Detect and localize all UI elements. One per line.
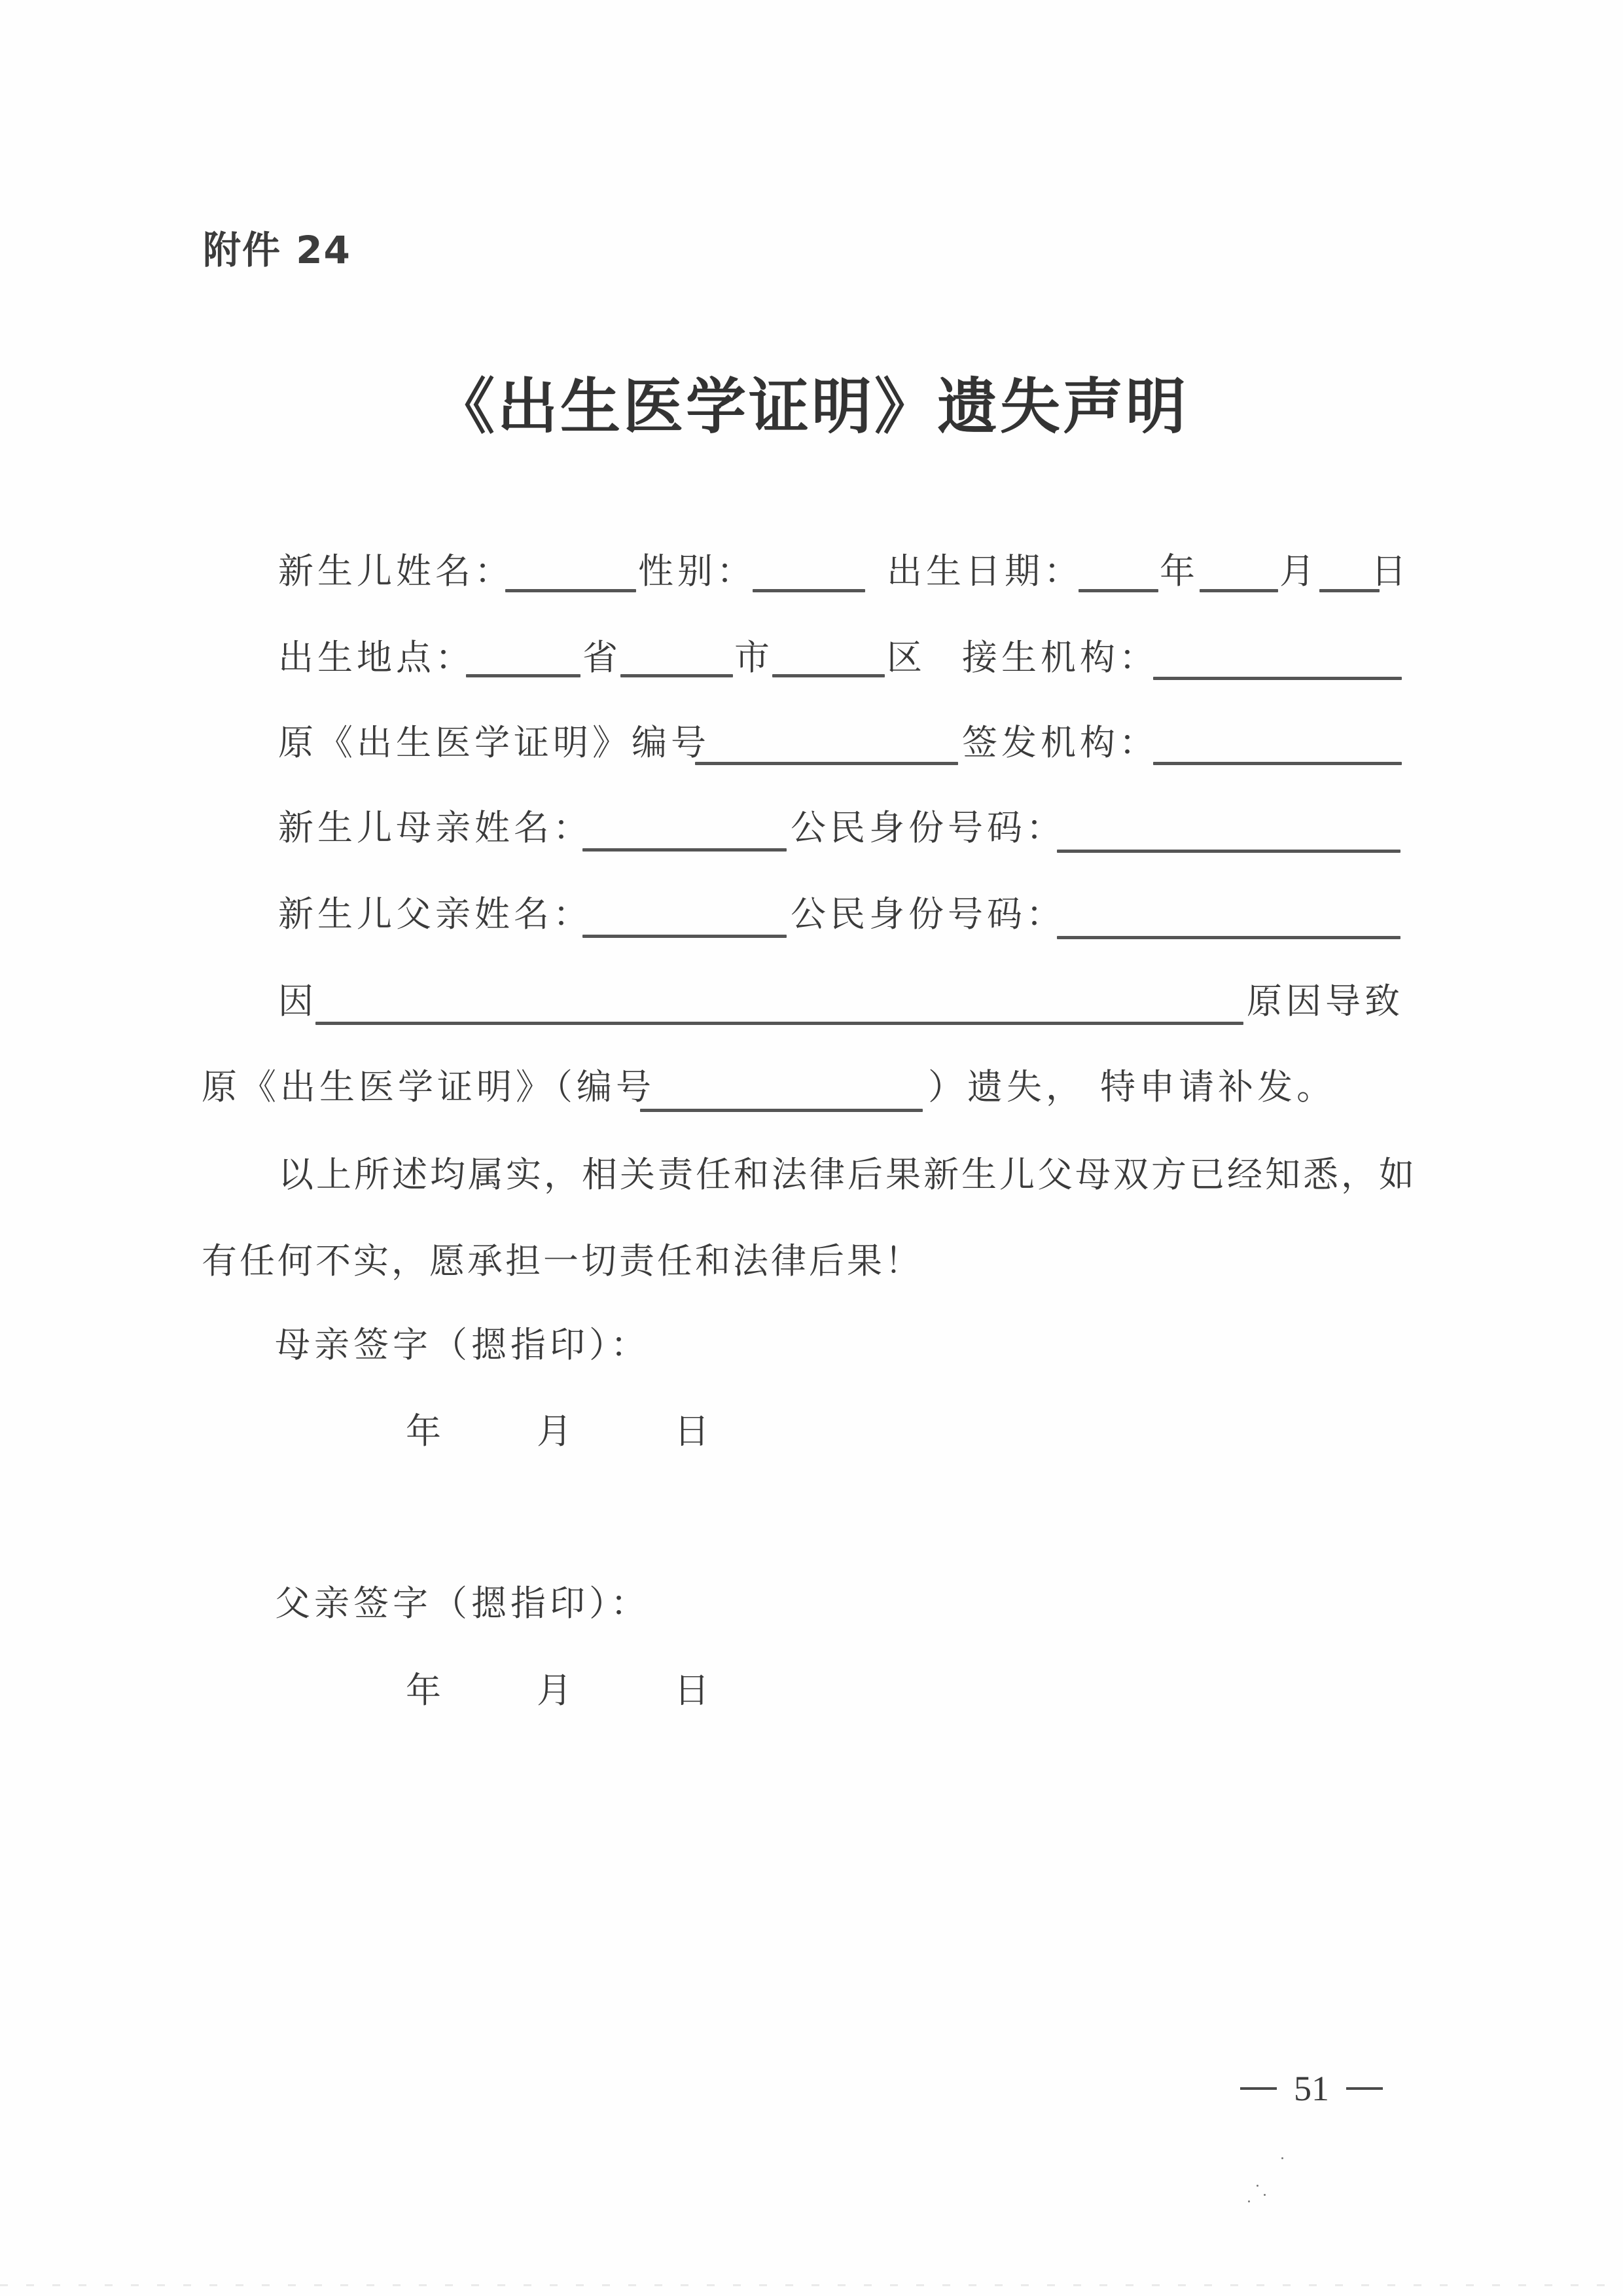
issuing-institution-field[interactable] <box>1153 762 1402 765</box>
father-id-label: 公民身份号码： <box>791 891 1065 937</box>
issuing-institution-label: 签发机构： <box>962 720 1158 766</box>
father-sign-year-label: 年 <box>406 1668 441 1713</box>
lost-certificate-prefix: 原《出生医学证明》（编号 <box>202 1064 655 1110</box>
document-title: 《出生医学证明》遗失声明 <box>0 359 1623 445</box>
district-label: 区 <box>887 635 926 681</box>
page-number: 51 <box>1240 2068 1383 2109</box>
page-number-dash-left <box>1240 2087 1277 2090</box>
gender-label: 性别： <box>638 548 756 594</box>
original-certificate-number-label: 原《出生医学证明》编号 <box>278 720 710 766</box>
delivery-institution-label: 接生机构： <box>962 635 1158 681</box>
father-sign-day-label: 日 <box>674 1668 709 1713</box>
scan-speck <box>1264 2194 1266 2196</box>
birth-year-field[interactable] <box>1079 589 1158 592</box>
reason-field[interactable] <box>315 1022 1243 1025</box>
attachment-label: 附件 24 <box>203 219 351 274</box>
mother-id-label: 公民身份号码： <box>791 805 1065 851</box>
mother-signature-label: 母亲签字（摁指印）： <box>275 1322 650 1368</box>
mother-sign-year-label: 年 <box>406 1408 441 1454</box>
scan-edge-noise <box>0 2284 1623 2286</box>
document-page: 附件 24 《出生医学证明》遗失声明 新生儿姓名： 性别： 出生日期： 年 月 … <box>0 0 1623 2296</box>
gender-field[interactable] <box>753 589 865 592</box>
mother-name-label: 新生儿母亲姓名： <box>278 805 592 851</box>
declaration-text-2: 有任何不实，愿承担一切责任和法律后果！ <box>202 1238 923 1284</box>
scan-speck <box>1281 2157 1283 2159</box>
father-sign-month-label: 月 <box>537 1668 572 1713</box>
original-certificate-number-field[interactable] <box>695 762 958 765</box>
scan-speck <box>1248 2200 1250 2202</box>
city-field[interactable] <box>620 674 733 677</box>
father-id-field[interactable] <box>1057 936 1400 939</box>
father-name-label: 新生儿父亲姓名： <box>278 891 592 937</box>
page-number-dash-right <box>1346 2087 1383 2090</box>
city-label: 市 <box>734 635 774 681</box>
day-label: 日 <box>1371 548 1410 594</box>
month-label: 月 <box>1279 548 1319 594</box>
scan-speck <box>1257 2185 1258 2187</box>
district-field[interactable] <box>772 674 885 677</box>
lost-certificate-number-field[interactable] <box>640 1109 923 1112</box>
father-name-field[interactable] <box>582 935 787 938</box>
province-label: 省 <box>582 635 622 681</box>
newborn-name-field[interactable] <box>505 589 636 592</box>
year-label: 年 <box>1160 548 1199 594</box>
delivery-institution-field[interactable] <box>1153 677 1402 680</box>
birth-month-field[interactable] <box>1200 589 1278 592</box>
page-number-value: 51 <box>1294 2068 1329 2109</box>
mother-sign-month-label: 月 <box>537 1408 572 1454</box>
declaration-text-1: 以上所述均属实，相关责任和法律后果新生儿父母双方已经知悉，如 <box>278 1152 1417 1198</box>
reason-prefix: 因 <box>278 978 317 1024</box>
province-field[interactable] <box>466 674 580 677</box>
newborn-name-label: 新生儿姓名： <box>278 548 514 594</box>
mother-sign-day-label: 日 <box>674 1408 709 1454</box>
birth-date-label: 出生日期： <box>887 548 1083 594</box>
reason-suffix: 原因导致 <box>1247 978 1404 1024</box>
lost-certificate-suffix: ）遗失， 特申请补发。 <box>928 1064 1336 1110</box>
birth-place-label: 出生地点： <box>278 635 474 681</box>
father-signature-label: 父亲签字（摁指印）： <box>275 1581 650 1626</box>
mother-name-field[interactable] <box>582 848 787 852</box>
mother-id-field[interactable] <box>1057 850 1400 853</box>
